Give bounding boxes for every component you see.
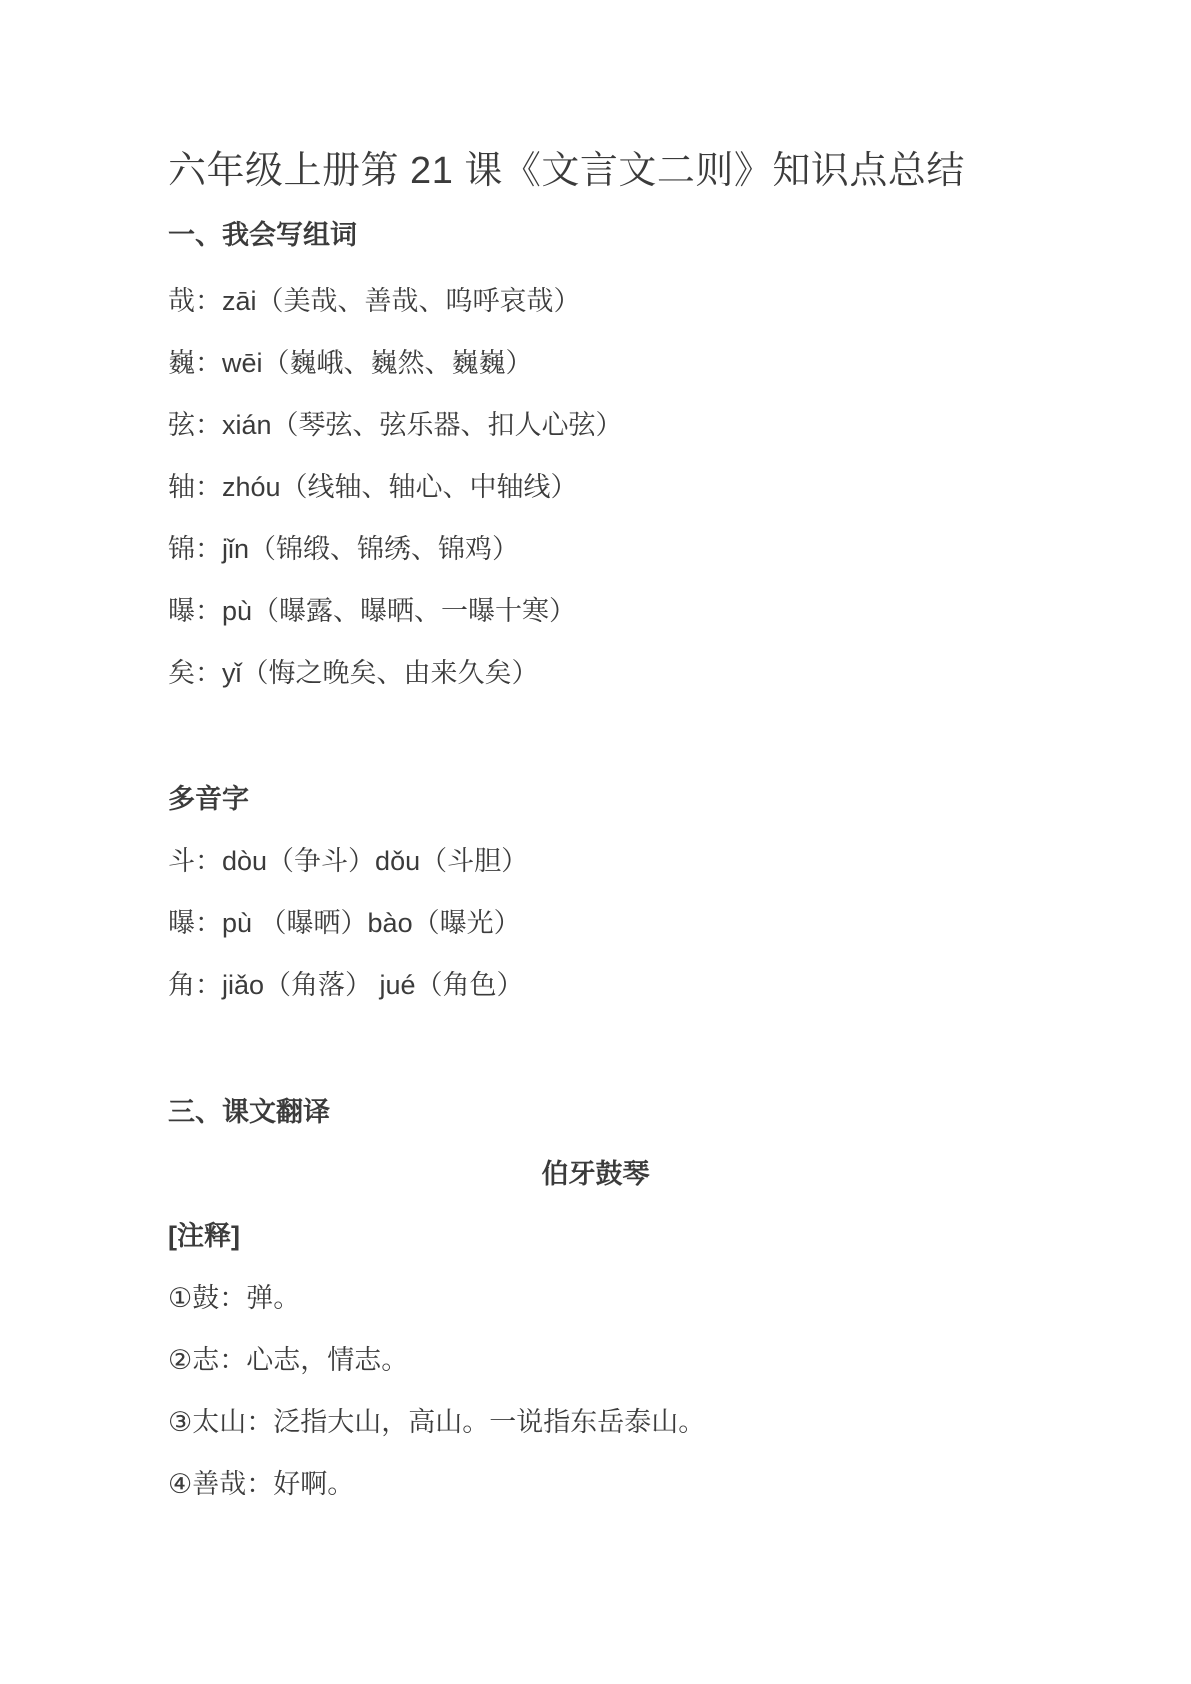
note-4: ④善哉：好啊。 [168,1453,1023,1515]
word-entry-wei: 巍：wēi（巍峨、巍然、巍巍） [168,332,1023,394]
word-list: 哉：zāi（美哉、善哉、呜呼哀哉） 巍：wēi（巍峨、巍然、巍巍） 弦：xián… [168,270,1023,704]
word-entry-yi: 矣：yǐ（悔之晚矣、由来久矣） [168,642,1023,704]
section-heading-polyphones: 多音字 [168,768,1023,830]
word-entry-zai: 哉：zāi（美哉、善哉、呜呼哀哉） [168,270,1023,332]
note-1: ①鼓：弹。 [168,1267,1023,1329]
section-heading-translation: 三、课文翻译 [168,1081,1023,1143]
section-heading-words: 一、我会写组词 [168,215,1023,255]
polyphone-list: 斗：dòu（争斗）dǒu（斗胆） 曝：pù （曝晒）bào（曝光） 角：jiǎo… [168,830,1023,1016]
notes-label: [注释] [168,1205,1023,1267]
word-entry-pu: 曝：pù（曝露、曝晒、一曝十寒） [168,580,1023,642]
word-entry-zhou: 轴：zhóu（线轴、轴心、中轴线） [168,456,1023,518]
word-entry-xian: 弦：xián（琴弦、弦乐器、扣人心弦） [168,394,1023,456]
word-entry-jin: 锦：jǐn（锦缎、锦绣、锦鸡） [168,518,1023,580]
notes-list: ①鼓：弹。 ②志：心志，情志。 ③太山：泛指大山，高山。一说指东岳泰山。 ④善哉… [168,1267,1023,1515]
note-3: ③太山：泛指大山，高山。一说指东岳泰山。 [168,1391,1023,1453]
polyphone-entry-dou: 斗：dòu（争斗）dǒu（斗胆） [168,830,1023,892]
page-title: 六年级上册第 21 课《文言文二则》知识点总结 [168,146,1023,196]
lesson-title: 伯牙鼓琴 [168,1143,1023,1205]
note-2: ②志：心志，情志。 [168,1329,1023,1391]
polyphone-entry-pu: 曝：pù （曝晒）bào（曝光） [168,892,1023,954]
document-page: 六年级上册第 21 课《文言文二则》知识点总结 一、我会写组词 哉：zāi（美哉… [0,0,1191,1684]
polyphone-entry-jue: 角：jiǎo（角落） jué（角色） [168,954,1023,1016]
